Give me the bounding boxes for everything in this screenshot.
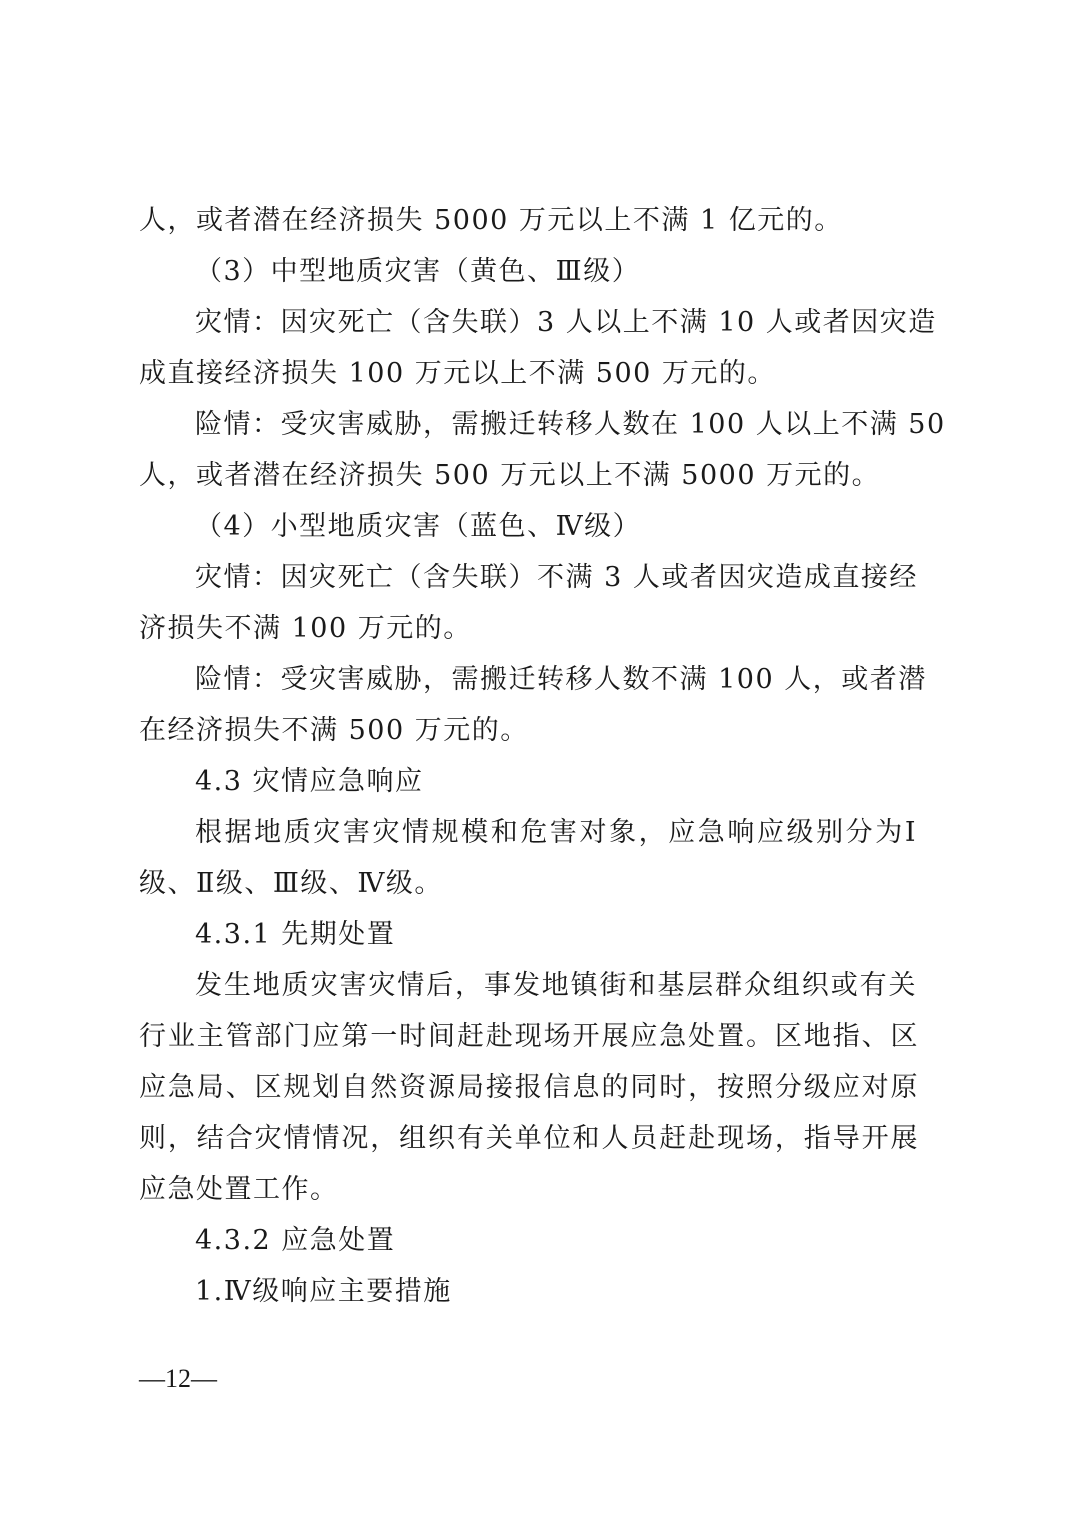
text-line: 级、Ⅱ级、Ⅲ级、Ⅳ级。	[139, 866, 919, 902]
text-line: 根据地质灾害灾情规模和危害对象，应急响应级别分为Ⅰ	[195, 815, 917, 851]
text-line: 人，或者潜在经济损失 500 万元以上不满 5000 万元的。	[139, 458, 919, 494]
text-line: （4）小型地质灾害（蓝色、Ⅳ级）	[195, 509, 975, 545]
text-line: 成直接经济损失 100 万元以上不满 500 万元的。	[139, 356, 919, 392]
text-line: 则，结合灾情情况，组织有关单位和人员赶赴现场，指导开展	[139, 1121, 919, 1157]
text-line: 险情：受灾害威胁，需搬迁转移人数在 100 人以上不满 50	[195, 407, 917, 443]
text-line: 险情：受灾害威胁，需搬迁转移人数不满 100 人，或者潜	[195, 662, 917, 698]
text-line: 应急局、区规划自然资源局接报信息的同时，按照分级应对原	[139, 1070, 919, 1106]
text-line: 行业主管部门应第一时间赶赴现场开展应急处置。区地指、区	[139, 1019, 919, 1055]
text-line: 4.3 灾情应急响应	[195, 764, 975, 800]
text-line: 济损失不满 100 万元的。	[139, 611, 919, 647]
document-page: 人，或者潜在经济损失 5000 万元以上不满 1 亿元的。（3）中型地质灾害（黄…	[0, 0, 1074, 1520]
text-line: 应急处置工作。	[139, 1172, 919, 1208]
text-line: 灾情：因灾死亡（含失联）不满 3 人或者因灾造成直接经	[195, 560, 917, 596]
text-line: 灾情：因灾死亡（含失联）3 人以上不满 10 人或者因灾造	[195, 305, 917, 341]
text-line: 在经济损失不满 500 万元的。	[139, 713, 919, 749]
page-number: —12—	[139, 1363, 217, 1395]
text-line: 4.3.2 应急处置	[195, 1223, 975, 1259]
text-line: 人，或者潜在经济损失 5000 万元以上不满 1 亿元的。	[139, 203, 919, 239]
text-line: （3）中型地质灾害（黄色、Ⅲ级）	[195, 254, 975, 290]
text-line: 发生地质灾害灾情后，事发地镇街和基层群众组织或有关	[195, 968, 917, 1004]
text-line: 1.Ⅳ级响应主要措施	[195, 1274, 975, 1310]
text-line: 4.3.1 先期处置	[195, 917, 975, 953]
